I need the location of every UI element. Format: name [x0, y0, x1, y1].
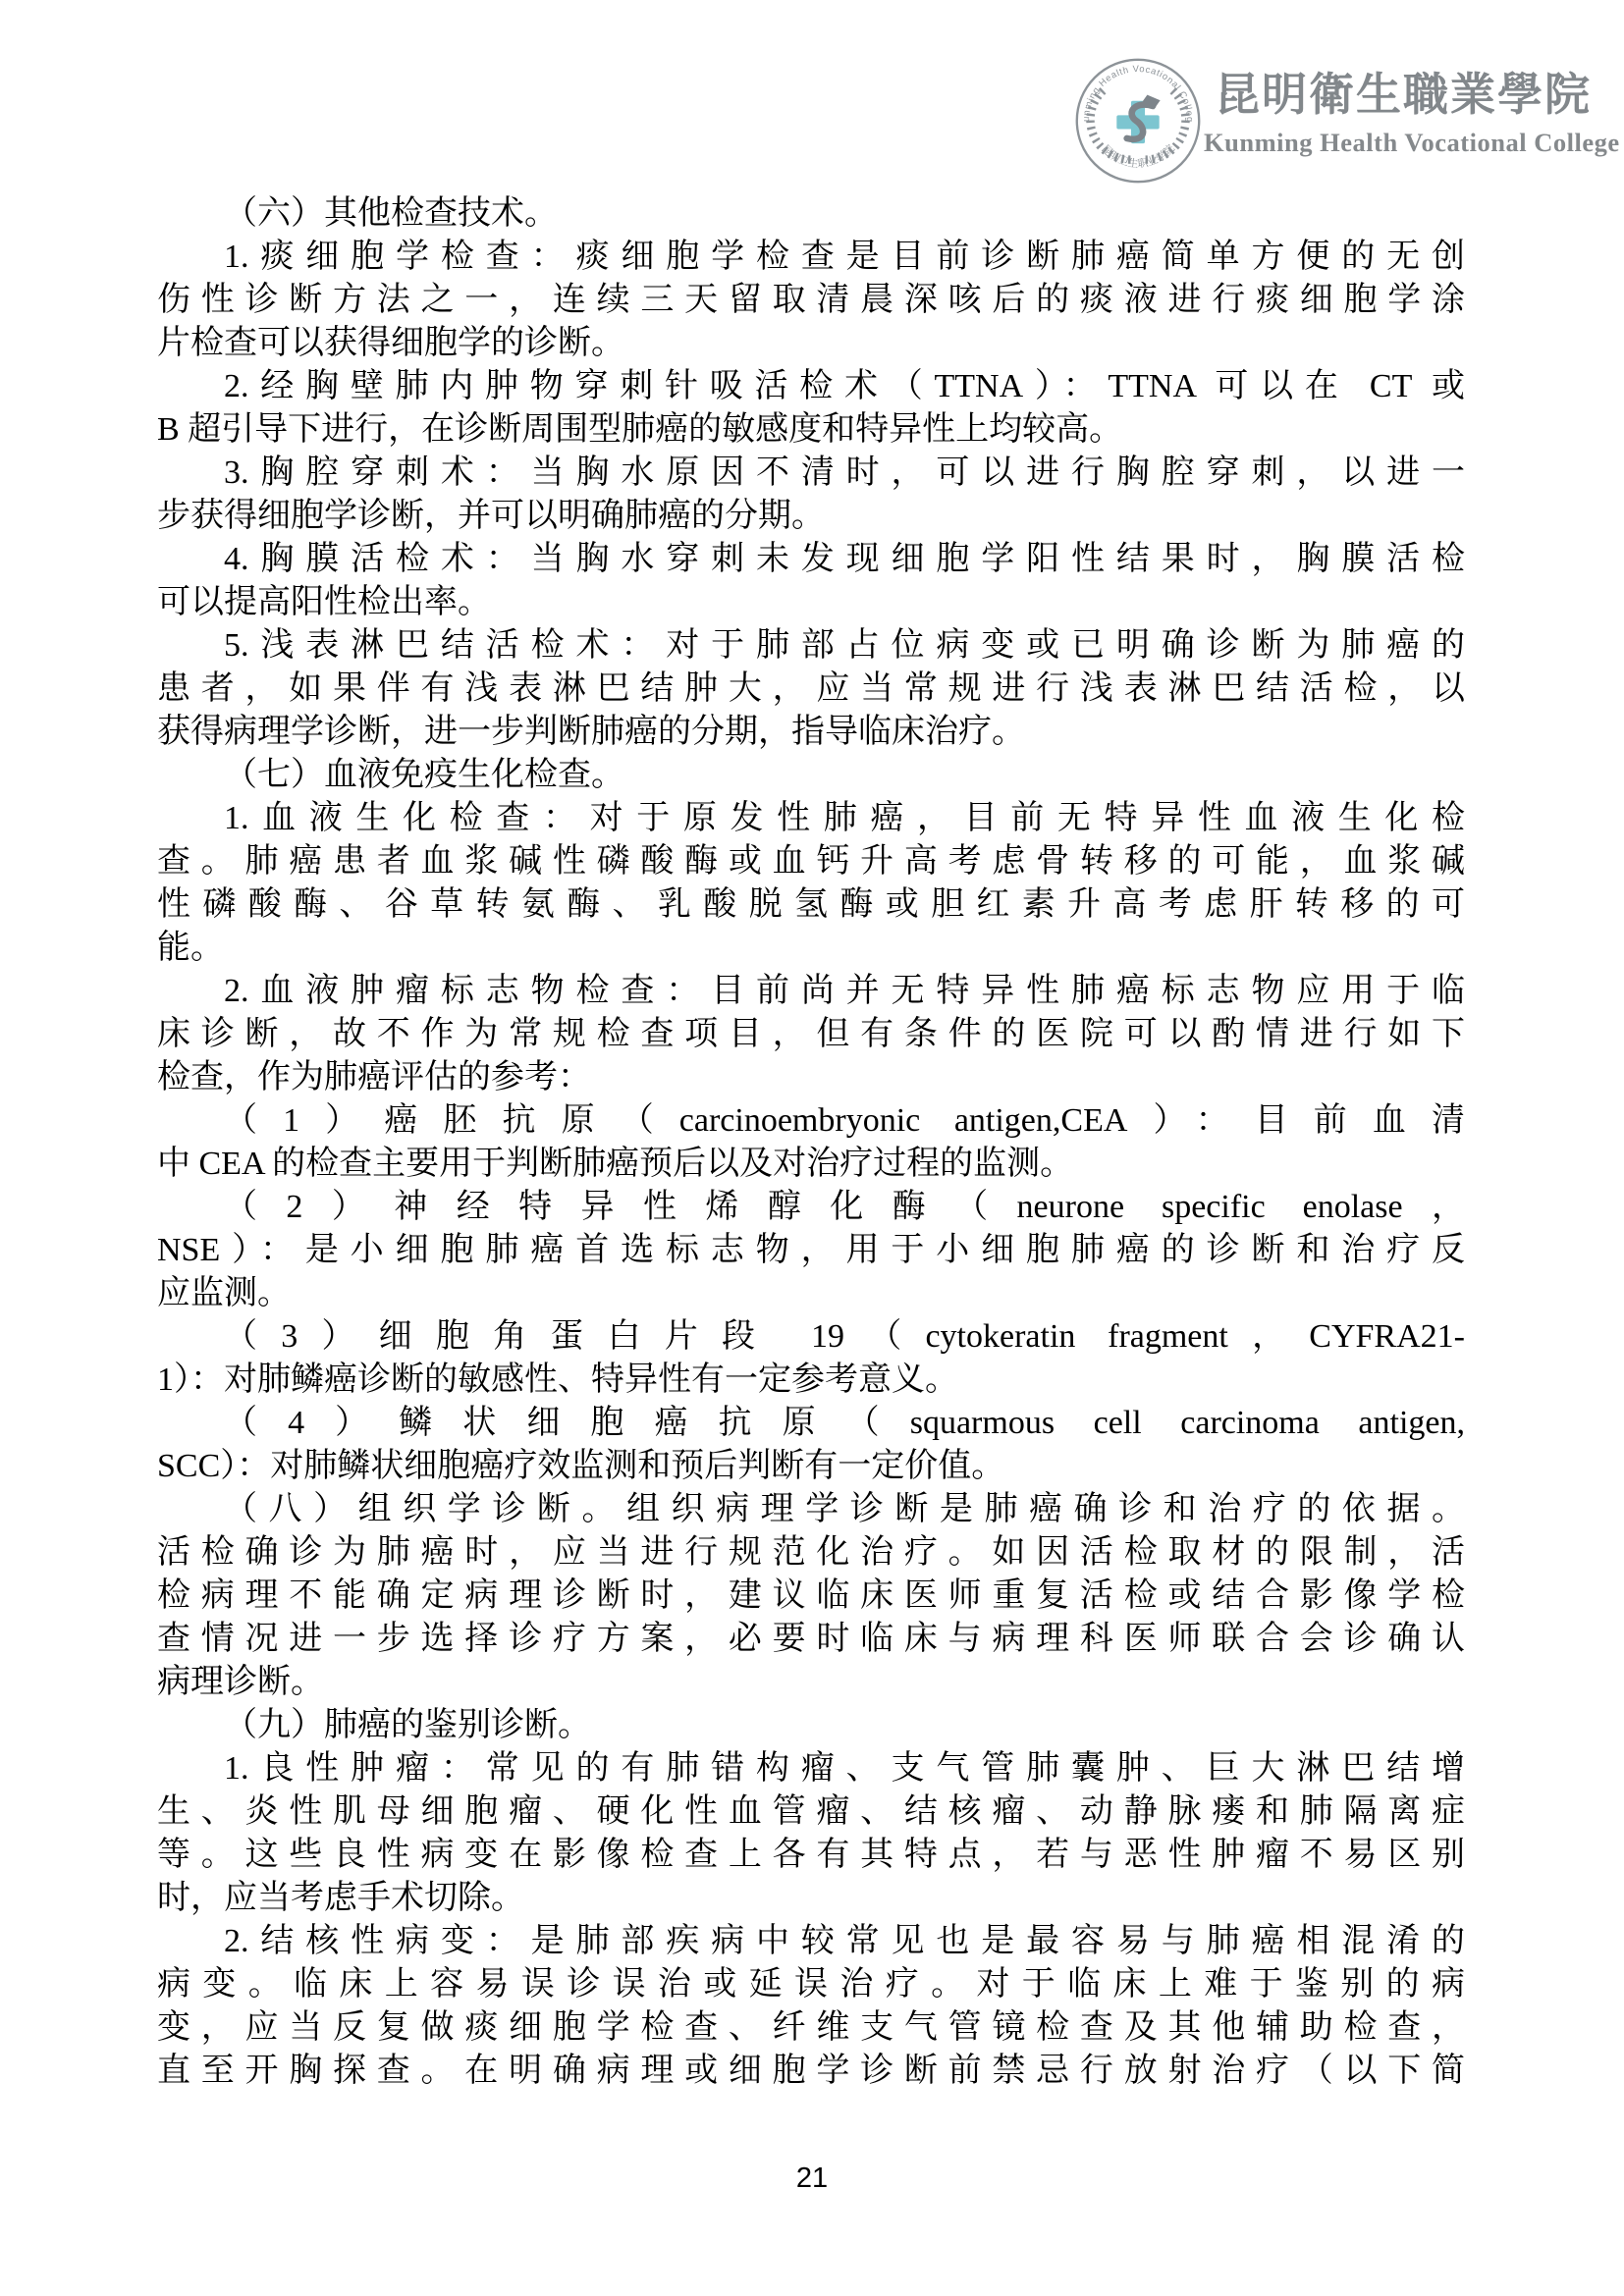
text-line: 病变。临床上容易误诊误治或延误治疗。对于临床上难于鉴别的病 [157, 1963, 1465, 2006]
text-line: 应监测。 [157, 1272, 1465, 1315]
text-line: 时，应当考虑手术切除。 [157, 1877, 1465, 1920]
text-line: NSE）：是小细胞肺癌首选标志物，用于小细胞肺癌的诊断和治疗反 [157, 1229, 1465, 1272]
college-name-english: Kunming Health Vocational College [1204, 126, 1567, 159]
text-line: SCC）：对肺鳞状细胞癌疗效监测和预后判断有一定价值。 [157, 1445, 1465, 1488]
text-line: 1.痰细胞学检查：痰细胞学检查是目前诊断肺癌简单方便的无创 [157, 236, 1465, 279]
text-line: 1.良性肿瘤：常见的有肺错构瘤、支气管肺囊肿、巨大淋巴结增 [157, 1747, 1465, 1790]
text-line: 可以提高阳性检出率。 [157, 581, 1465, 624]
text-line: （六）其他检查技术。 [157, 192, 1465, 236]
page-number: 21 [0, 2163, 1624, 2195]
document-body: （六）其他检查技术。1.痰细胞学检查：痰细胞学检查是目前诊断肺癌简单方便的无创伤… [157, 192, 1465, 2093]
text-line: （1）癌胚抗原（carcinoembryonic antigen,CEA）：目前… [157, 1099, 1465, 1143]
text-line: 性磷酸酶、谷草转氨酶、乳酸脱氢酶或胆红素升高考虑肝转移的可 [157, 883, 1465, 927]
text-line: 查情况进一步选择诊疗方案，必要时临床与病理科医师联合会诊确认 [157, 1618, 1465, 1661]
text-line: 2.经胸壁肺内肿物穿刺针吸活检术（TTNA）：TTNA 可以在 CT 或 [157, 365, 1465, 408]
text-line: 中 CEA 的检查主要用于判断肺癌预后以及对治疗过程的监测。 [157, 1143, 1465, 1186]
document-page: Kunming Health Vocational College 昆明卫生职业… [0, 0, 1624, 2296]
text-line: 查。肺癌患者血浆碱性磷酸酶或血钙升高考虑骨转移的可能，血浆碱 [157, 840, 1465, 883]
text-line: 1）：对肺鳞癌诊断的敏感性、特异性有一定参考意义。 [157, 1359, 1465, 1402]
text-line: （4）鳞状细胞癌抗原（squarmous cell carcinoma anti… [157, 1402, 1465, 1445]
text-line: （九）肺癌的鉴别诊断。 [157, 1704, 1465, 1747]
text-line: 检查，作为肺癌评估的参考： [157, 1056, 1465, 1099]
text-line: 患者，如果伴有浅表淋巴结肿大，应当常规进行浅表淋巴结活检，以 [157, 667, 1465, 711]
text-line: 变，应当反复做痰细胞学检查、纤维支气管镜检查及其他辅助检查， [157, 2006, 1465, 2050]
text-line: 5.浅表淋巴结活检术：对于肺部占位病变或已明确诊断为肺癌的 [157, 624, 1465, 667]
college-seal-icon: Kunming Health Vocational College 昆明卫生职业… [1073, 56, 1203, 186]
text-line: 检病理不能确定病理诊断时，建议临床医师重复活检或结合影像学检 [157, 1575, 1465, 1618]
text-line: 片检查可以获得细胞学的诊断。 [157, 322, 1465, 365]
text-line: 4.胸膜活检术：当胸水穿刺未发现细胞学阳性结果时，胸膜活检 [157, 538, 1465, 581]
text-line: 3.胸腔穿刺术：当胸水原因不清时，可以进行胸腔穿刺，以进一 [157, 452, 1465, 495]
text-line: （八）组织学诊断。组织病理学诊断是肺癌确诊和治疗的依据。 [157, 1488, 1465, 1531]
text-line: 床诊断，故不作为常规检查项目，但有条件的医院可以酌情进行如下 [157, 1013, 1465, 1056]
text-line: 2.结核性病变：是肺部疾病中较常见也是最容易与肺癌相混淆的 [157, 1920, 1465, 1963]
text-line: （2）神经特异性烯醇化酶（neurone specific enolase， [157, 1186, 1465, 1229]
text-line: 2.血液肿瘤标志物检查：目前尚并无特异性肺癌标志物应用于临 [157, 970, 1465, 1013]
text-line: 能。 [157, 927, 1465, 970]
text-line: B 超引导下进行，在诊断周围型肺癌的敏感度和特异性上均较高。 [157, 408, 1465, 452]
text-line: （3）细胞角蛋白片段 19（cytokeratin fragment，CYFRA… [157, 1315, 1465, 1359]
text-line: 生、炎性肌母细胞瘤、硬化性血管瘤、结核瘤、动静脉瘘和肺隔离症 [157, 1790, 1465, 1834]
text-line: 活检确诊为肺癌时，应当进行规范化治疗。如因活检取材的限制，活 [157, 1531, 1465, 1575]
college-name-calligraphy: 昆明衛生職業學院 [1215, 65, 1539, 124]
text-line: （七）血液免疫生化检查。 [157, 754, 1465, 797]
text-line: 病理诊断。 [157, 1661, 1465, 1704]
text-line: 直至开胸探查。在明确病理或细胞学诊断前禁忌行放射治疗（以下简 [157, 2050, 1465, 2093]
text-line: 1.血液生化检查：对于原发性肺癌，目前无特异性血液生化检 [157, 797, 1465, 840]
text-line: 步获得细胞学诊断，并可以明确肺癌的分期。 [157, 495, 1465, 538]
text-line: 伤性诊断方法之一，连续三天留取清晨深咳后的痰液进行痰细胞学涂 [157, 279, 1465, 322]
text-line: 获得病理学诊断，进一步判断肺癌的分期，指导临床治疗。 [157, 711, 1465, 754]
text-line: 等。这些良性病变在影像检查上各有其特点，若与恶性肿瘤不易区别 [157, 1834, 1465, 1877]
